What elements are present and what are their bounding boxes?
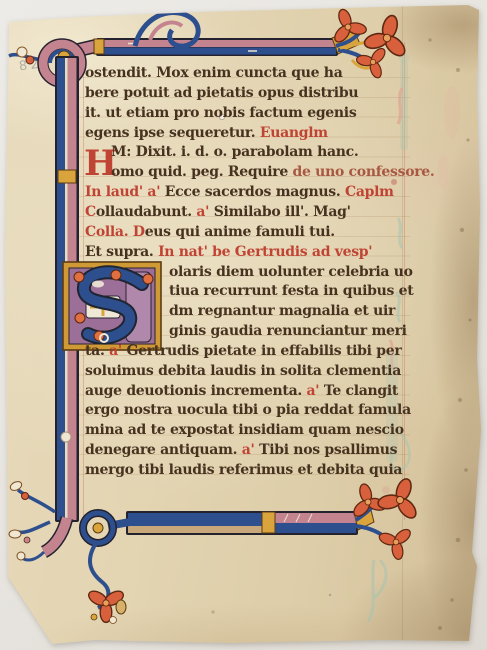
text-segment: Et supra. (85, 244, 158, 260)
pencil-mark: 82 (18, 57, 42, 75)
text-line-10: Et supra. In nat' be Gertrudis ad vesp' (85, 243, 372, 263)
parchment-surface: 82 H ostendit. Mox enim cuncta que haber… (0, 0, 487, 650)
text-segment: it. ut etiam pro nobis factum egenis (85, 105, 356, 121)
manuscript-leaf: 82 H ostendit. Mox enim cuncta que haber… (0, 0, 487, 650)
text-line-12: tiua recurrunt festa in quibus et (169, 282, 413, 302)
text-segment: ostendit. Mox enim cuncta que ha (85, 65, 342, 81)
text-segment: a' (109, 343, 126, 359)
text-segment: mina ad te expostat insidiam quam nescio (85, 422, 404, 438)
text-segment: a' (196, 204, 213, 220)
text-segment: dm regnantur magnalia et uir (169, 303, 395, 319)
text-segment: Tibi nos psallimus (259, 442, 397, 458)
scan-background: 82 H ostendit. Mox enim cuncta que haber… (0, 0, 487, 650)
text-segment: a' (307, 383, 324, 399)
text-segment: mergo tibi laudis referimus et debita qu… (85, 462, 402, 478)
text-segment: soluimus debita laudis in solita clement… (85, 363, 401, 379)
text-line-17: auge deuotionis incrementa. a' Te clangi… (85, 382, 398, 402)
text-line-4: egens ipse sequeretur. Euanglm (85, 124, 328, 144)
text-segment: a' (242, 442, 259, 458)
text-line-14: ginis gaudia renunciantur meri (169, 322, 407, 342)
text-segment: Euanglm (260, 125, 328, 141)
text-line-11: olaris diem uolunter celebria uo (169, 263, 413, 283)
text-segment: eus qui anime famuli tui. (145, 224, 335, 240)
text-segment: M: Dixit. i. d. o. parabolam hanc. (111, 144, 358, 160)
text-segment: ta. (85, 343, 109, 359)
text-line-18: ergo nostra uocula tibi o pia reddat fam… (85, 401, 411, 421)
text-segment: In laud' a' (85, 184, 165, 200)
bar-border-bottom (126, 511, 358, 535)
text-segment: Te clangit (324, 383, 398, 399)
text-line-1: ostendit. Mox enim cuncta que ha (85, 64, 342, 84)
text-segment: ollaudabunt. (96, 204, 197, 220)
text-block: ostendit. Mox enim cuncta que habere pot… (85, 64, 407, 488)
text-segment: tiua recurrunt festa in quibus et (169, 283, 413, 299)
text-line-21: mergo tibi laudis referimus et debita qu… (85, 461, 402, 481)
text-line-16: soluimus debita laudis in solita clement… (85, 362, 401, 382)
text-segment: bere potuit ad pietatis opus distribu (85, 85, 358, 101)
text-segment: In nat' be Gertrudis ad vesp' (158, 244, 372, 260)
text-segment: Caplm (345, 184, 394, 200)
text-segment: egens ipse sequeretur. (85, 125, 260, 141)
text-segment: olaris diem uolunter celebria uo (169, 264, 413, 280)
text-line-20: denegare antiquam. a' Tibi nos psallimus (85, 441, 397, 461)
text-line-3: it. ut etiam pro nobis factum egenis (85, 104, 356, 124)
text-segment: C (85, 204, 96, 220)
text-segment: denegare antiquam. (85, 442, 242, 458)
text-line-7: In laud' a' Ecce sacerdos magnus. Caplm (85, 183, 394, 203)
text-line-8: Collaudabunt. a' Similabo ill'. Mag' (85, 203, 351, 223)
text-line-13: dm regnantur magnalia et uir (169, 302, 395, 322)
text-segment: ginis gaudia renunciantur meri (169, 323, 407, 339)
text-segment: ergo nostra uocula tibi o pia reddat fam… (85, 402, 411, 418)
text-segment: Similabo ill'. Mag' (214, 204, 351, 220)
text-segment: de uno confessore. (293, 164, 435, 180)
text-line-5: M: Dixit. i. d. o. parabolam hanc. (111, 143, 358, 163)
text-line-19: mina ad te expostat insidiam quam nescio (85, 421, 404, 441)
text-segment: Ecce sacerdos magnus. (165, 184, 345, 200)
text-line-6: omo quid. peg. Require de uno confessore… (111, 163, 435, 183)
text-line-9: Colla. Deus qui anime famuli tui. (85, 223, 335, 243)
text-segment: auge deuotionis incrementa. (85, 383, 307, 399)
text-segment: omo quid. peg. Require (111, 164, 293, 180)
text-segment: Gertrudis pietate in effabilis tibi per (126, 343, 401, 359)
text-line-2: bere potuit ad pietatis opus distribu (85, 84, 358, 104)
text-line-15: ta. a' Gertrudis pietate in effabilis ti… (85, 342, 401, 362)
text-segment: Colla. D (85, 224, 145, 240)
